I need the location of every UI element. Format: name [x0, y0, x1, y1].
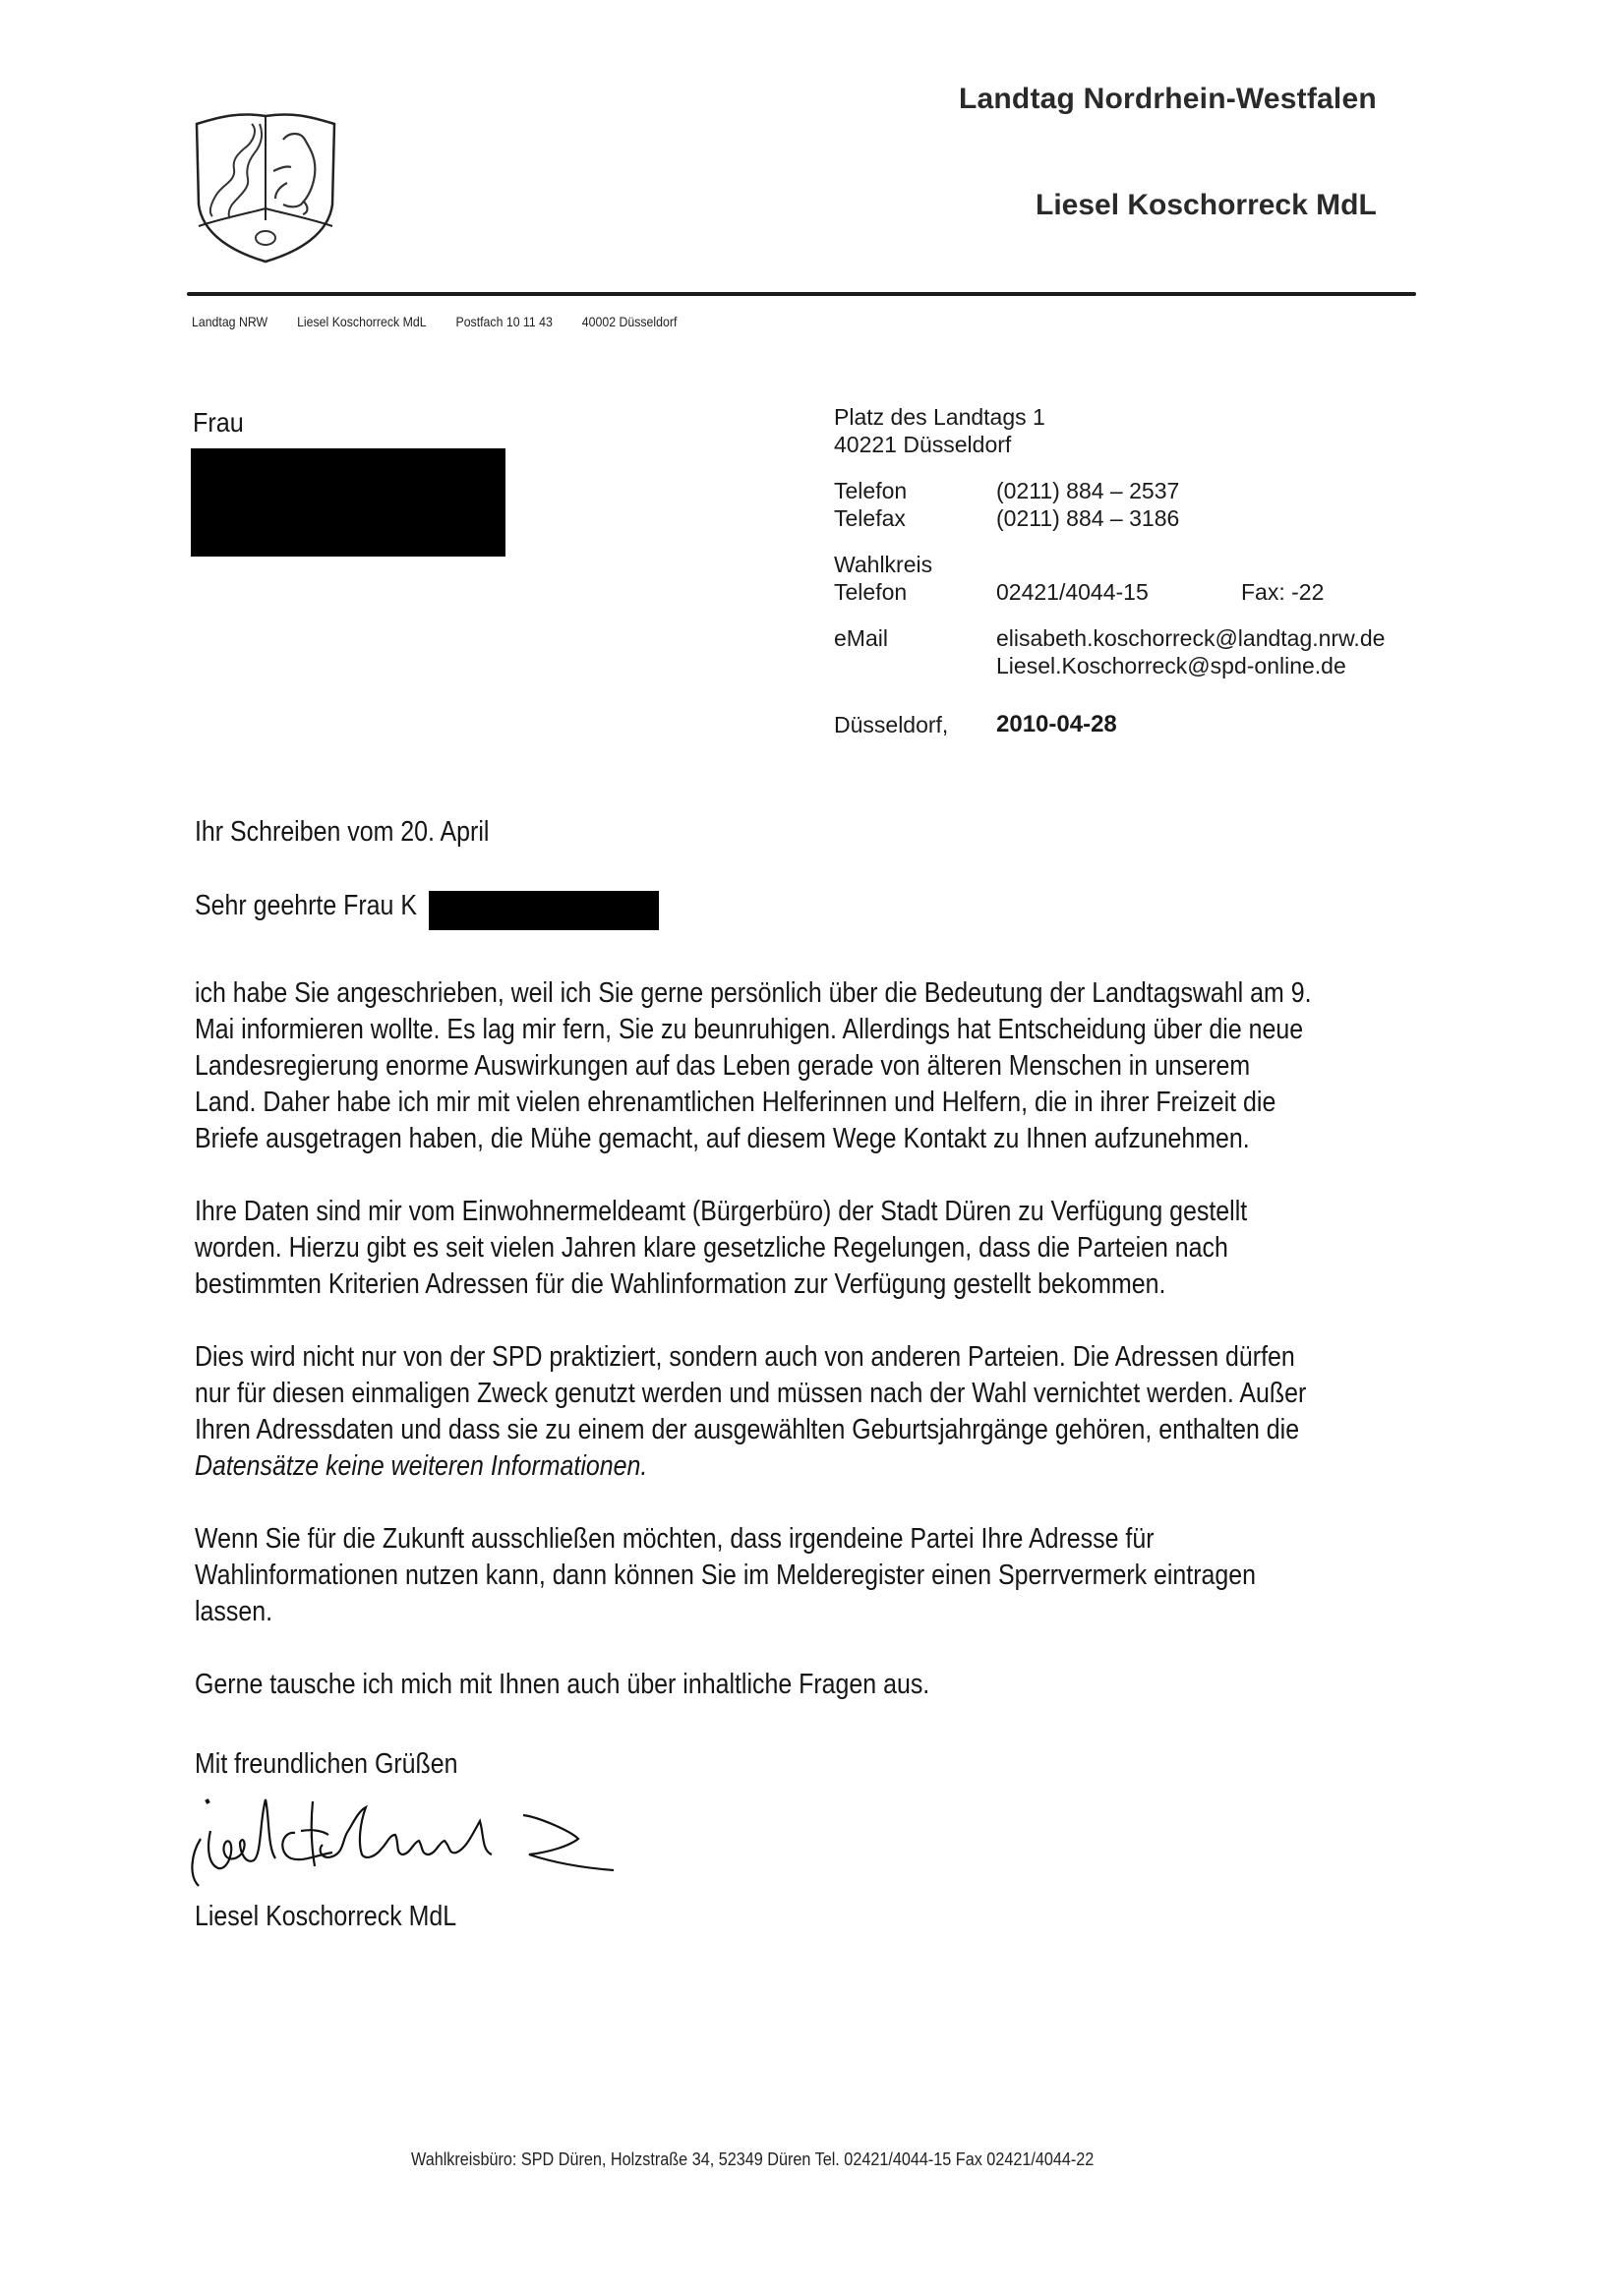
greeting-name-redaction — [429, 891, 659, 930]
closing-phrase: Mit freundlichen Grüßen — [195, 1748, 458, 1781]
paragraph-2: Ihre Daten sind mir vom Einwohnermeldeam… — [195, 1194, 1312, 1303]
footer-office-address: Wahlkreisbüro: SPD Düren, Holzstraße 34,… — [411, 2149, 1094, 2170]
recipient-salutation: Frau — [193, 407, 244, 439]
signatory-name: Liesel Koschorreck MdL — [195, 1901, 456, 1933]
district-phone-label: Telefon — [834, 578, 907, 606]
sender-part: 40002 Düsseldorf — [582, 314, 678, 329]
body-line: Landesregierung enorme Auswirkungen auf … — [195, 1048, 1312, 1085]
paragraph-1: ich habe Sie angeschrieben, weil ich Sie… — [195, 975, 1312, 1157]
body-line: ich habe Sie angeschrieben, weil ich Sie… — [195, 975, 1312, 1012]
paragraph-3: Dies wird nicht nur von der SPD praktizi… — [195, 1339, 1312, 1485]
letterhead-divider — [187, 292, 1416, 296]
body-line: Briefe ausgetragen haben, die Mühe gemac… — [195, 1121, 1312, 1157]
body-line: Wenn Sie für die Zukunft ausschließen mö… — [195, 1521, 1312, 1558]
member-name: Liesel Koschorreck MdL — [1036, 189, 1377, 222]
sender-part: Landtag NRW — [192, 314, 267, 329]
paragraph-5: Gerne tausche ich mich mit Ihnen auch üb… — [195, 1667, 1312, 1703]
body-line: bestimmten Kriterien Adressen für die Wa… — [195, 1266, 1312, 1303]
body-line: Ihren Adressdaten und dass sie zu einem … — [195, 1412, 1312, 1448]
body-line: lassen. — [195, 1594, 1312, 1630]
nrw-coat-of-arms-icon — [193, 110, 338, 264]
sender-return-line: Landtag NRWLiesel Koschorreck MdLPostfac… — [192, 314, 706, 329]
letter-date: 2010-04-28 — [996, 711, 1117, 738]
handwritten-signature-icon — [185, 1792, 618, 1898]
letter-body: ich habe Sie angeschrieben, weil ich Sie… — [195, 975, 1312, 1739]
city: 40221 Düsseldorf — [834, 431, 1011, 458]
date-place: Düsseldorf, — [834, 711, 948, 738]
district-label: Wahlkreis — [834, 551, 932, 578]
email-label: eMail — [834, 624, 888, 652]
paragraph-4: Wenn Sie für die Zukunft ausschließen mö… — [195, 1521, 1312, 1630]
street: Platz des Landtags 1 — [834, 403, 1045, 431]
phone-label: Telefon — [834, 477, 907, 504]
email-spd[interactable]: Liesel.Koschorreck@spd-online.de — [996, 652, 1346, 679]
body-line: Gerne tausche ich mich mit Ihnen auch üb… — [195, 1667, 1312, 1703]
district-fax: Fax: -22 — [1241, 578, 1324, 606]
parliament-title: Landtag Nordrhein-Westfalen — [959, 83, 1377, 116]
fax-label: Telefax — [834, 504, 906, 532]
greeting: Sehr geehrte Frau K — [195, 890, 417, 922]
body-line: Wahlinformationen nutzen kann, dann könn… — [195, 1558, 1312, 1594]
body-line: Mai informieren wollte. Es lag mir fern,… — [195, 1012, 1312, 1048]
sender-part: Postfach 10 11 43 — [455, 314, 552, 329]
body-line: Dies wird nicht nur von der SPD praktizi… — [195, 1339, 1312, 1376]
body-line-italic: Datensätze keine weiteren Informationen. — [195, 1448, 1312, 1485]
body-line: Ihre Daten sind mir vom Einwohnermeldeam… — [195, 1194, 1312, 1230]
email-landtag[interactable]: elisabeth.koschorreck@landtag.nrw.de — [996, 624, 1385, 652]
reference-line: Ihr Schreiben vom 20. April — [195, 816, 489, 849]
sender-part: Liesel Koschorreck MdL — [297, 314, 426, 329]
body-line: Land. Daher habe ich mir mit vielen ehre… — [195, 1085, 1312, 1121]
body-line: worden. Hierzu gibt es seit vielen Jahre… — [195, 1230, 1312, 1266]
phone-number: (0211) 884 – 2537 — [996, 477, 1179, 504]
body-line: nur für diesen einmaligen Zweck genutzt … — [195, 1376, 1312, 1412]
recipient-address-redaction — [191, 448, 505, 557]
fax-number: (0211) 884 – 3186 — [996, 504, 1179, 532]
district-phone: 02421/4044-15 — [996, 578, 1149, 606]
